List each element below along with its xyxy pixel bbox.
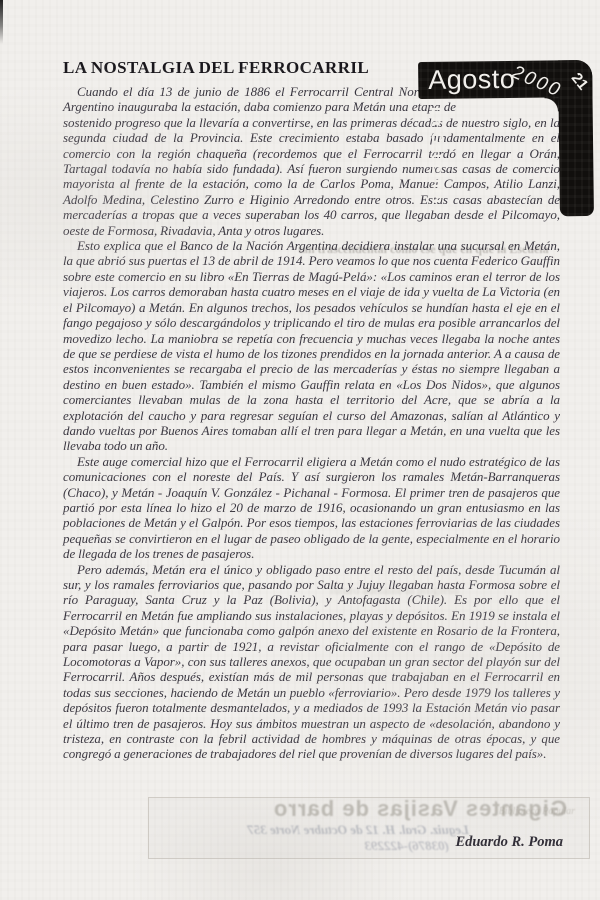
paragraph-3: Este auge comercial hizo que el Ferrocar… [63,454,560,562]
issue-month-label: Agosto [428,64,515,95]
paragraph-4: Pero además, Metán era el único y obliga… [63,562,560,762]
scanned-magazine-page: tan trascendental como ese que en que la… [0,0,600,900]
scan-edge-artifact [0,0,3,44]
bleed-through-small-label: Biblioteca Popular [499,806,575,817]
magazine-title: La Gauchita [427,107,446,204]
issue-banner: Agosto 2000 21 La Gauchita [418,60,594,218]
author-signature: Eduardo R. Poma [63,834,563,851]
paragraph-2: Esto explica que el Banco de la Nación A… [63,238,560,454]
